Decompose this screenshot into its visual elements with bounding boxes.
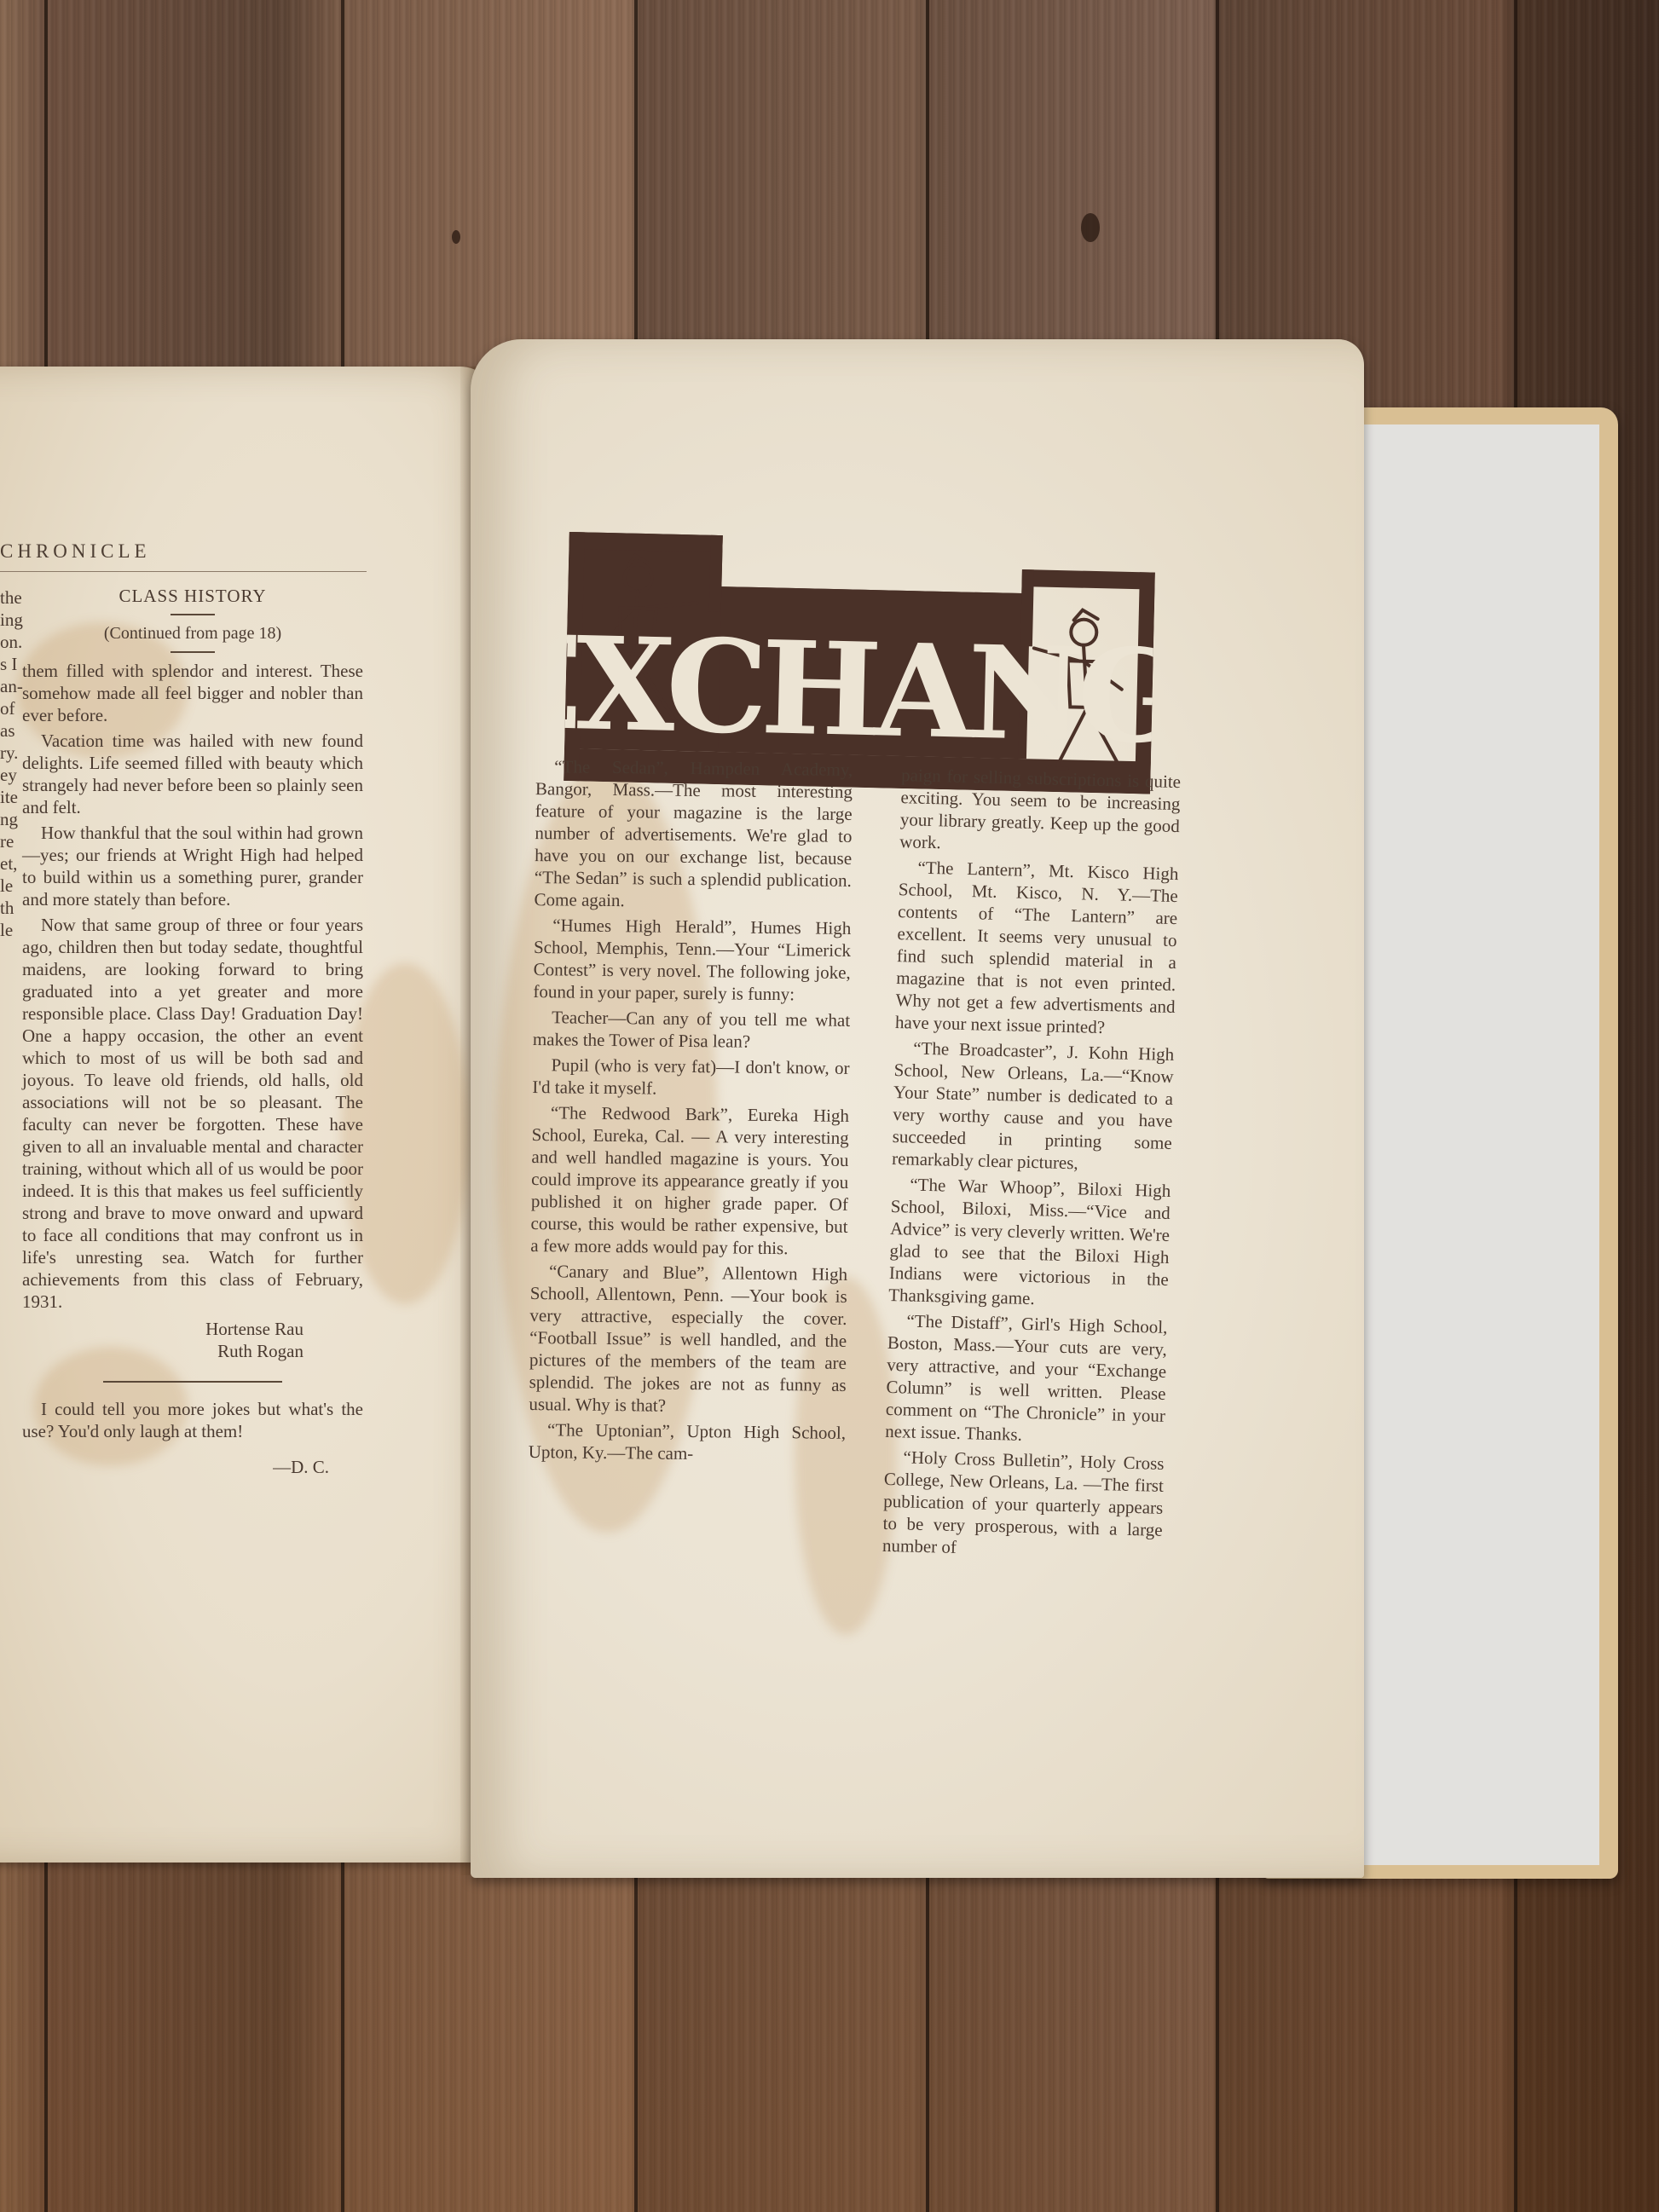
exchange-banner: EXCHANGE — [564, 525, 1156, 794]
article-paragraph: How thankful that the soul within had gr… — [22, 822, 363, 910]
divider — [171, 614, 215, 615]
banner-title: EXCHANGE — [564, 607, 1156, 775]
section-divider — [103, 1381, 282, 1383]
article-title: CLASS HISTORY — [22, 585, 363, 607]
joke-text: I could tell you more jokes but what's t… — [22, 1398, 363, 1442]
joke-signature: —D. C. — [22, 1456, 363, 1478]
running-head: CHRONICLE — [0, 540, 367, 572]
exchange-entry: “Holy Cross Bulletin”, Holy Cross Colleg… — [882, 1446, 1165, 1563]
exchange-entry: paign for selling subscriptions is quite… — [899, 764, 1181, 859]
divider — [171, 651, 215, 653]
exchange-column-right: paign for selling subscriptions is quite… — [882, 764, 1182, 1567]
exchange-column-left: “The Sedan”, Hampden Academy, Bangor, Ma… — [529, 755, 853, 1470]
author-name: Ruth Rogan — [22, 1340, 303, 1362]
exchange-entry: “Humes High Herald”, Humes High School, … — [533, 914, 851, 1006]
article-paragraph: Vacation time was hailed with new found … — [22, 730, 363, 818]
exchange-entry: “Canary and Blue”, Allentown High School… — [529, 1260, 847, 1418]
exchange-entry: Teacher—Can any of you tell me what make… — [533, 1006, 851, 1054]
wood-knot — [1081, 213, 1100, 242]
exchange-entry: “The War Whoop”, Biloxi High School, Bil… — [888, 1173, 1171, 1313]
exchange-banner-art: EXCHANGE — [564, 525, 1156, 794]
exchange-entry: “The Distaff”, Girl's High School, Bosto… — [885, 1309, 1168, 1449]
wood-knot — [452, 230, 460, 244]
author-name: Hortense Rau — [22, 1318, 303, 1340]
article-paragraph: Now that same group of three or four yea… — [22, 914, 363, 1313]
article-subtitle: (Continued from page 18) — [22, 622, 363, 644]
exchange-entry: Pupil (who is very fat)—I don't know, or… — [532, 1054, 850, 1101]
exchange-entry: “The Redwood Bark”, Eureka High School, … — [530, 1101, 849, 1260]
blank-endpaper — [1347, 424, 1599, 1865]
exchange-entry: “The Lantern”, Mt. Kisco High School, Mt… — [895, 856, 1179, 1040]
exchange-entry: “The Uptonian”, Upton High School, Upton… — [529, 1418, 847, 1466]
article-paragraph: them filled with splendor and interest. … — [22, 660, 363, 726]
class-history-article: CLASS HISTORY (Continued from page 18) t… — [22, 585, 363, 1478]
exchange-entry: “The Broadcaster”, J. Kohn High School, … — [892, 1037, 1175, 1176]
exchange-entry: “The Sedan”, Hampden Academy, Bangor, Ma… — [534, 755, 853, 914]
article-authors: Hortense Rau Ruth Rogan — [22, 1318, 363, 1362]
